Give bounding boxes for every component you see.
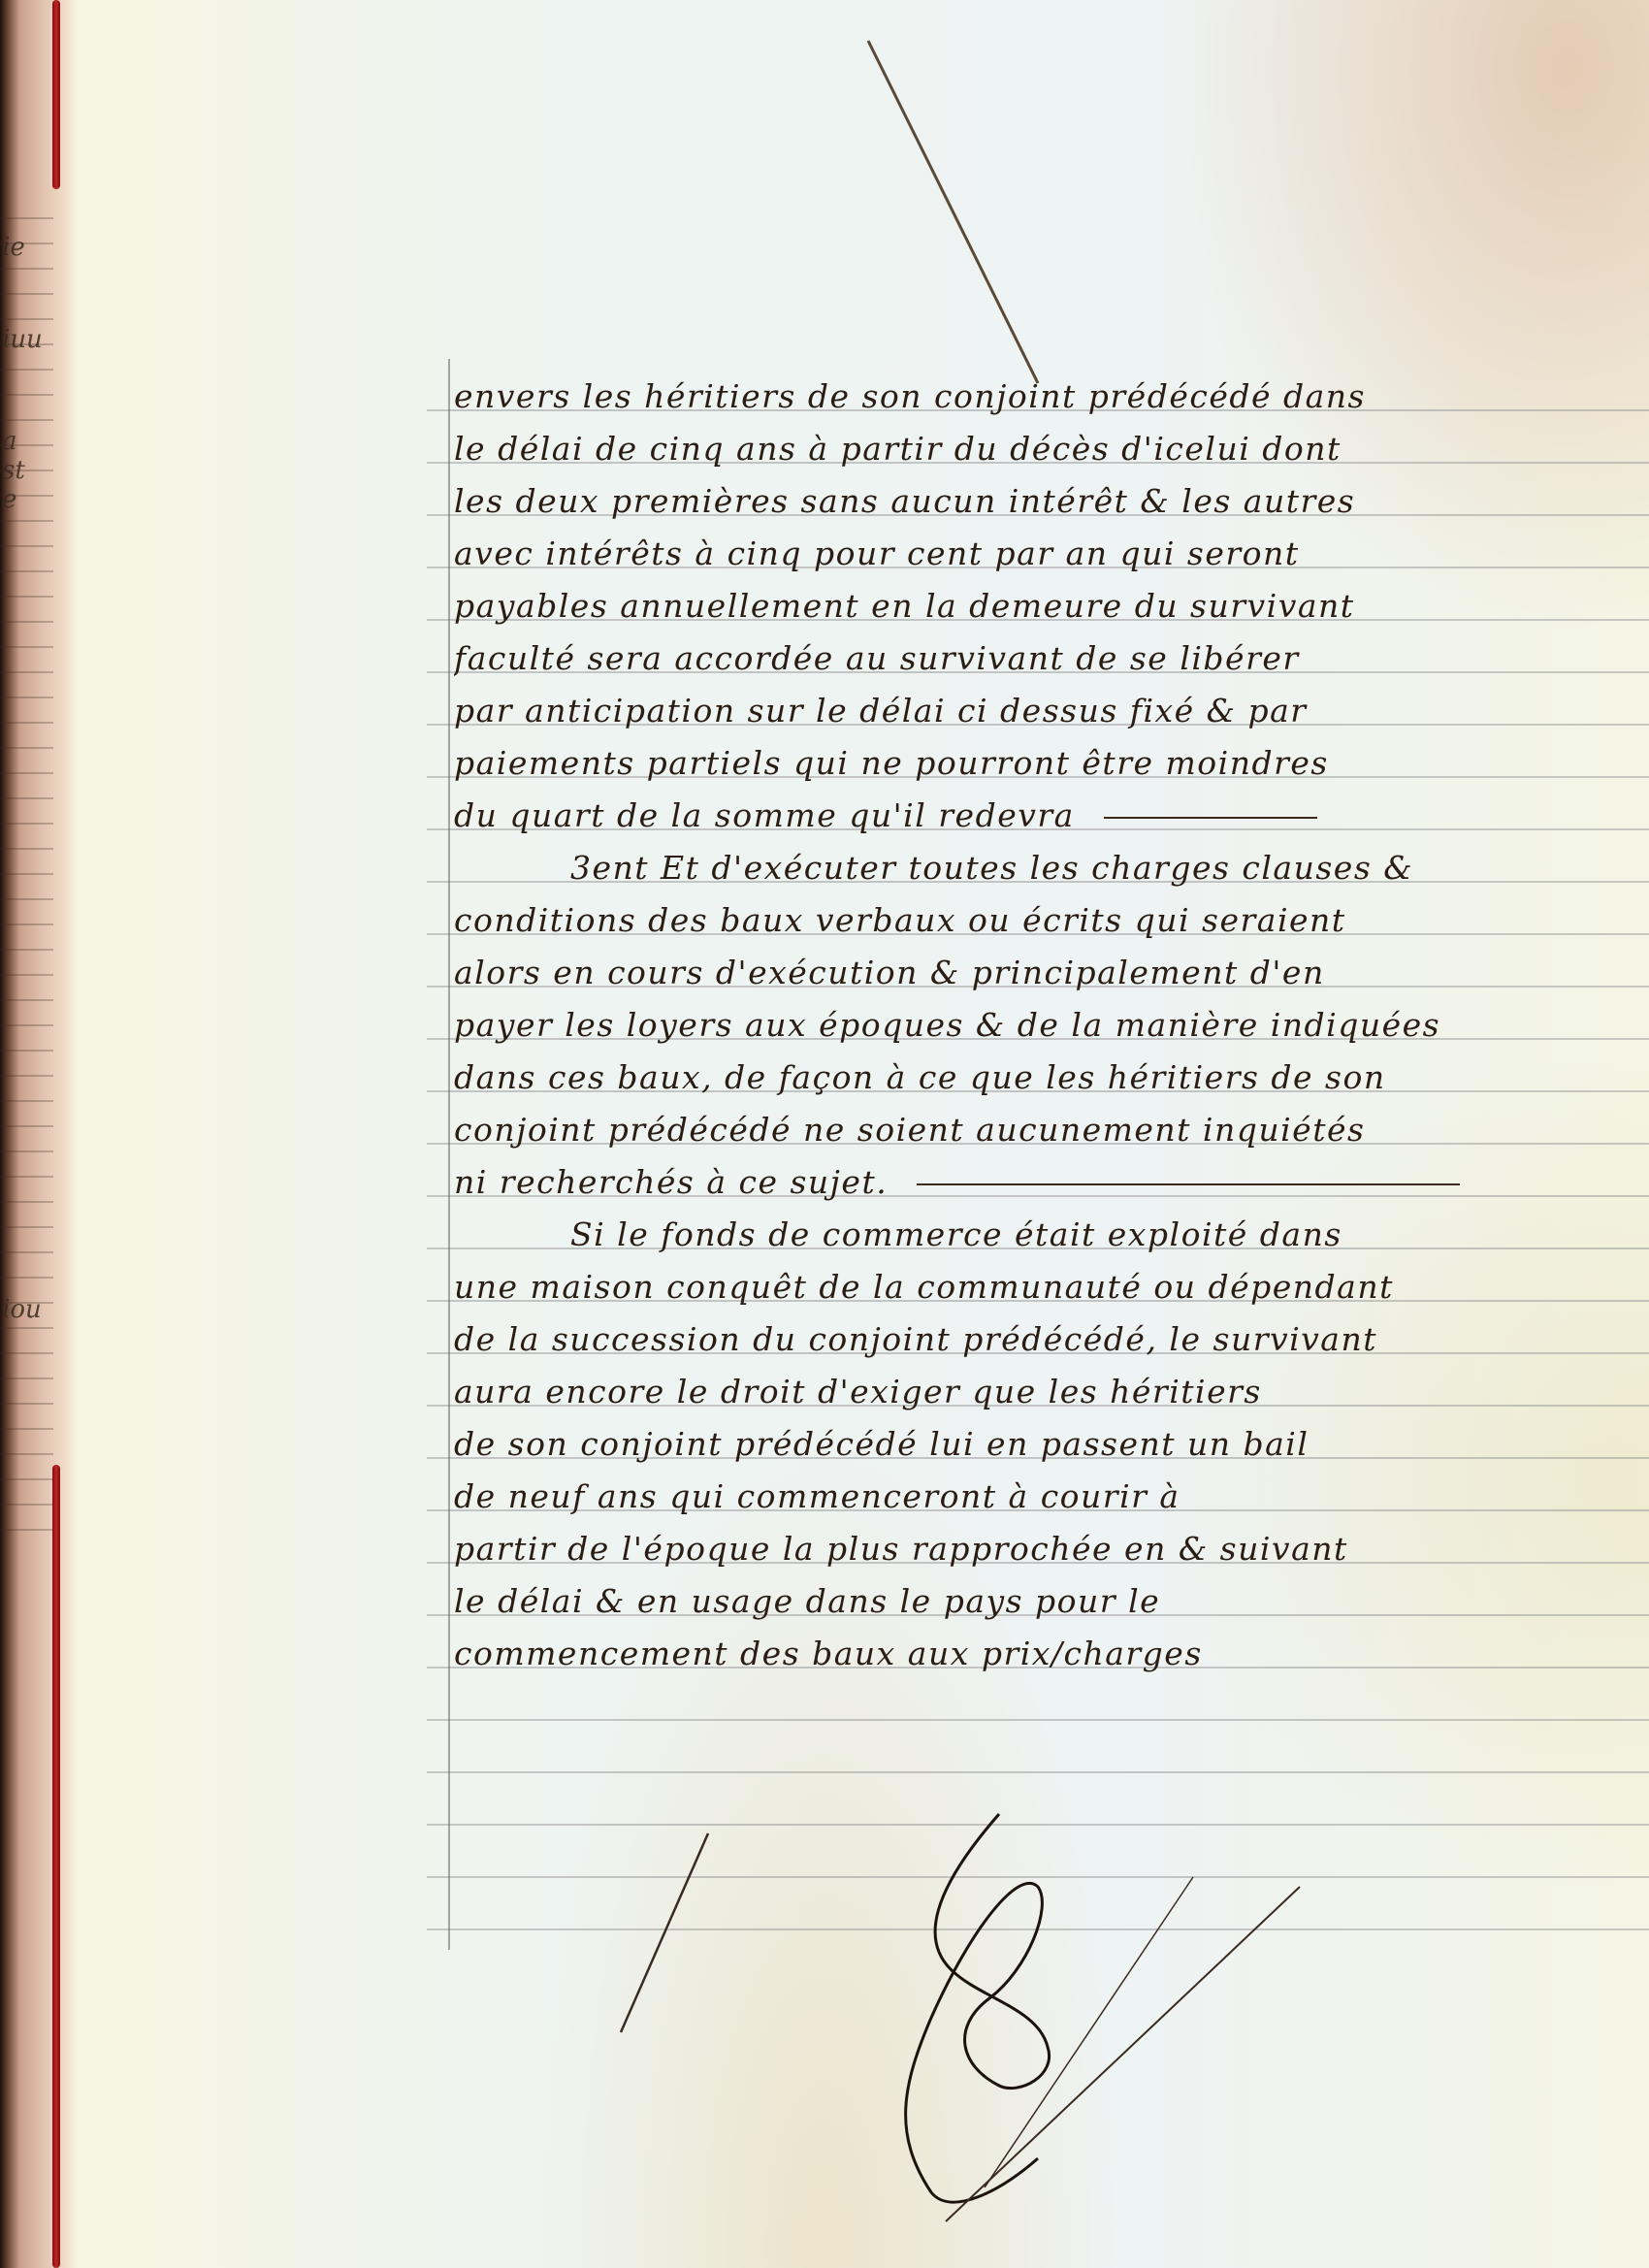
margin-fragment: st: [2, 456, 25, 485]
line-end-rule: [917, 1183, 1460, 1185]
text-line: le délai de cinq ans à partir du décès d…: [454, 423, 1647, 475]
text-line: une maison conquêt de la communauté ou d…: [454, 1261, 1647, 1313]
text-line: ni recherchés à ce sujet.: [454, 1163, 888, 1201]
text-line: payables annuellement en la demeure du s…: [454, 580, 1647, 632]
text-line: dans ces baux, de façon à ce que les hér…: [454, 1052, 1647, 1104]
text-line: conditions des baux verbaux ou écrits qu…: [454, 894, 1647, 947]
text-line-with-rule: du quart de la somme qu'il redevra: [454, 790, 1647, 842]
text-line: le délai & en usage dans le pays pour le: [454, 1575, 1647, 1628]
line-end-rule: [1104, 817, 1317, 819]
text-line: de la succession du conjoint prédécédé, …: [454, 1313, 1647, 1366]
margin-fragment: e: [2, 485, 16, 514]
text-line: alors en cours d'exécution & principalem…: [454, 947, 1647, 999]
text-line: par anticipation sur le délai ci dessus …: [454, 685, 1647, 737]
text-line: du quart de la somme qu'il redevra: [454, 796, 1075, 834]
text-line: aura encore le droit d'exiger que les hé…: [454, 1366, 1647, 1418]
text-line: paiements partiels qui ne pourront être …: [454, 737, 1647, 790]
text-line: payer les loyers aux époques & de la man…: [454, 999, 1647, 1052]
manuscript-text: envers les héritiers de son conjoint pré…: [454, 371, 1647, 1680]
margin-fragment: iuu: [2, 325, 43, 354]
manuscript-page: ie iuu a st e iou envers les héritiers d…: [0, 0, 1649, 2268]
text-line: les deux premières sans aucun intérêt & …: [454, 475, 1647, 528]
text-line: de son conjoint prédécédé lui en passent…: [454, 1418, 1647, 1471]
binding-thread-top: [52, 0, 60, 189]
margin-fragment: a: [2, 427, 17, 456]
text-line: commencement des baux aux prix/charges: [454, 1628, 1647, 1680]
text-line: Si le fonds de commerce était exploité d…: [454, 1209, 1647, 1261]
margin-rule: [448, 359, 450, 1950]
text-line: faculté sera accordée au survivant de se…: [454, 632, 1647, 685]
text-line-with-rule: ni recherchés à ce sujet.: [454, 1156, 1647, 1209]
text-line: avec intérêts à cinq pour cent par an qu…: [454, 528, 1647, 580]
text-line: envers les héritiers de son conjoint pré…: [454, 371, 1647, 423]
text-line: conjoint prédécédé ne soient aucunement …: [454, 1104, 1647, 1156]
binding-thread-bottom: [52, 1465, 60, 2268]
margin-fragment: ie: [2, 233, 25, 262]
diagonal-cancel-stroke-top: [868, 41, 1038, 383]
margin-fragment: iou: [2, 1295, 42, 1324]
previous-page-edge: [0, 194, 53, 1552]
text-line: 3ent Et d'exécuter toutes les charges cl…: [454, 842, 1647, 894]
text-line: de neuf ans qui commenceront à courir à: [454, 1471, 1647, 1523]
text-line: partir de l'époque la plus rapprochée en…: [454, 1523, 1647, 1575]
